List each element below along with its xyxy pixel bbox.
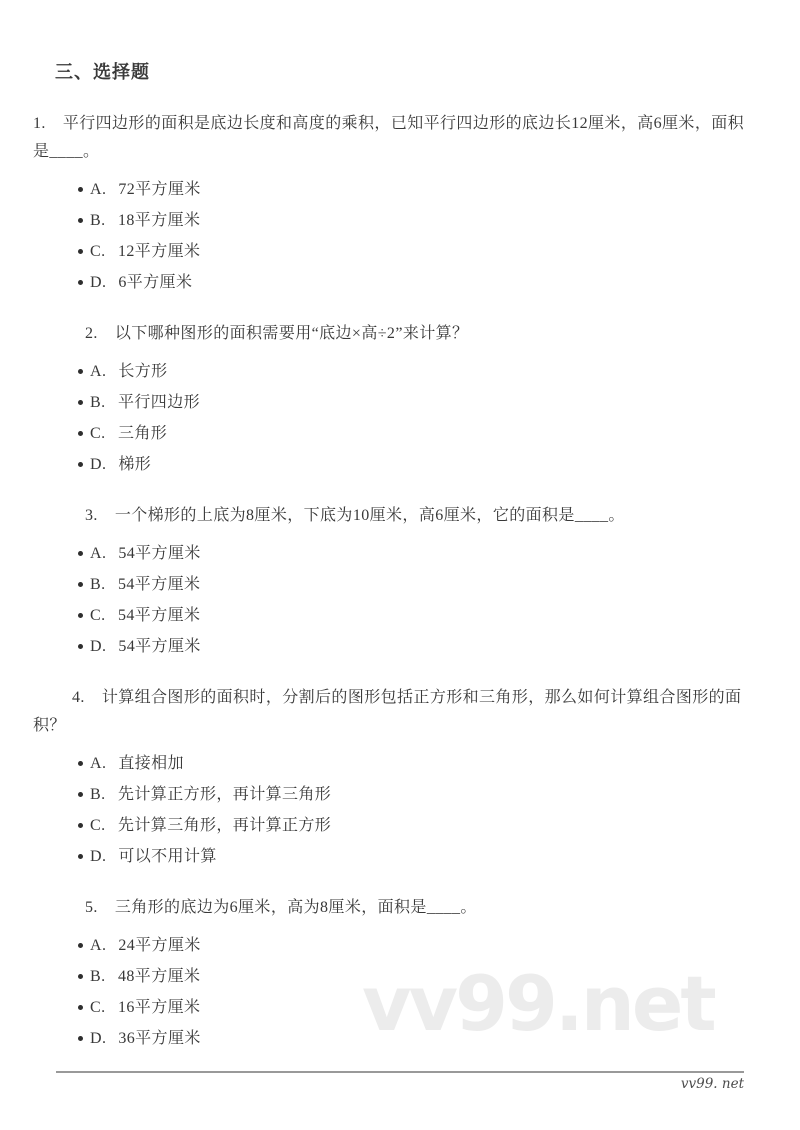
option-item: A.直接相加 [78, 754, 756, 773]
option-item: C.先计算三角形，再计算正方形 [78, 816, 756, 835]
document-page: vv99.net 三、选择题 1.平行四边形的面积是底边长度和高度的乘积，已知平… [0, 0, 800, 1130]
option-item: D.36平方厘米 [78, 1029, 756, 1048]
question-text: 2.以下哪种图形的面积需要用“底边×高÷2”来计算？ [33, 320, 756, 348]
question-body: 平行四边形的面积是底边长度和高度的乘积，已知平行四边形的底边长12厘米，高6厘米… [33, 115, 744, 160]
document-content: 三、选择题 1.平行四边形的面积是底边长度和高度的乘积，已知平行四边形的底边长1… [0, 0, 800, 1048]
option-item: C.三角形 [78, 424, 756, 443]
bullet-icon [78, 551, 83, 556]
bullet-icon [78, 1036, 83, 1041]
option-label: A. [90, 544, 106, 563]
bullet-icon [78, 854, 83, 859]
bullet-icon [78, 974, 83, 979]
bullet-icon [78, 943, 83, 948]
option-item: B.18平方厘米 [78, 211, 756, 230]
option-item: B.48平方厘米 [78, 967, 756, 986]
options-list: A.54平方厘米 B.54平方厘米 C.54平方厘米 D.54平方厘米 [33, 544, 756, 656]
option-label: B. [90, 967, 106, 986]
option-text: 可以不用计算 [118, 847, 216, 866]
option-item: C.16平方厘米 [78, 998, 756, 1017]
option-label: B. [90, 211, 106, 230]
question-number: 1. [33, 115, 46, 132]
bullet-icon [78, 431, 83, 436]
option-text: 54平方厘米 [118, 544, 200, 563]
option-text: 先计算三角形，再计算正方形 [118, 816, 331, 835]
question-body: 三角形的底边为6厘米，高为8厘米，面积是____。 [115, 899, 477, 916]
bullet-icon [78, 369, 83, 374]
bullet-icon [78, 218, 83, 223]
question-body: 一个梯形的上底为8厘米，下底为10厘米，高6厘米，它的面积是____。 [115, 507, 625, 524]
option-item: D.54平方厘米 [78, 637, 756, 656]
option-item: C.12平方厘米 [78, 242, 756, 261]
option-text: 24平方厘米 [118, 936, 200, 955]
option-item: D.可以不用计算 [78, 847, 756, 866]
option-text: 48平方厘米 [118, 967, 200, 986]
option-label: C. [90, 998, 106, 1017]
option-text: 18平方厘米 [118, 211, 200, 230]
question-4: 4.计算组合图形的面积时，分割后的图形包括正方形和三角形，那么如何计算组合图形的… [33, 684, 756, 866]
section-title: 三、选择题 [55, 58, 756, 84]
option-label: D. [90, 847, 106, 866]
option-text: 梯形 [118, 455, 151, 474]
option-text: 平行四边形 [118, 393, 200, 412]
question-text: 1.平行四边形的面积是底边长度和高度的乘积，已知平行四边形的底边长12厘米，高6… [33, 110, 756, 166]
option-item: B.先计算正方形，再计算三角形 [78, 785, 756, 804]
option-label: B. [90, 575, 106, 594]
question-2: 2.以下哪种图形的面积需要用“底边×高÷2”来计算？ A.长方形 B.平行四边形… [33, 320, 756, 474]
option-text: 54平方厘米 [118, 606, 200, 625]
question-number: 3. [85, 507, 98, 524]
options-list: A.72平方厘米 B.18平方厘米 C.12平方厘米 D.6平方厘米 [33, 180, 756, 292]
bullet-icon [78, 400, 83, 405]
question-text: 4.计算组合图形的面积时，分割后的图形包括正方形和三角形，那么如何计算组合图形的… [33, 684, 756, 740]
option-label: B. [90, 785, 106, 804]
question-body: 以下哪种图形的面积需要用“底边×高÷2”来计算？ [115, 325, 469, 342]
option-label: C. [90, 606, 106, 625]
option-item: A.24平方厘米 [78, 936, 756, 955]
option-item: B.54平方厘米 [78, 575, 756, 594]
option-item: A.长方形 [78, 362, 756, 381]
option-text: 16平方厘米 [118, 998, 200, 1017]
question-number: 4. [72, 689, 85, 706]
question-text: 3.一个梯形的上底为8厘米，下底为10厘米，高6厘米，它的面积是____。 [33, 502, 756, 530]
option-label: C. [90, 816, 106, 835]
options-list: A.长方形 B.平行四边形 C.三角形 D.梯形 [33, 362, 756, 474]
options-list: A.24平方厘米 B.48平方厘米 C.16平方厘米 D.36平方厘米 [33, 936, 756, 1048]
option-label: B. [90, 393, 106, 412]
question-5: 5.三角形的底边为6厘米，高为8厘米，面积是____。 A.24平方厘米 B.4… [33, 894, 756, 1048]
option-label: D. [90, 637, 106, 656]
bullet-icon [78, 1005, 83, 1010]
option-item: A.54平方厘米 [78, 544, 756, 563]
bullet-icon [78, 187, 83, 192]
option-text: 6平方厘米 [118, 273, 192, 292]
question-body: 计算组合图形的面积时，分割后的图形包括正方形和三角形，那么如何计算组合图形的面积… [33, 689, 741, 734]
question-number: 5. [85, 899, 98, 916]
question-text: 5.三角形的底边为6厘米，高为8厘米，面积是____。 [33, 894, 756, 922]
option-text: 54平方厘米 [118, 637, 200, 656]
option-label: C. [90, 242, 106, 261]
option-label: A. [90, 362, 106, 381]
option-text: 长方形 [118, 362, 167, 381]
option-text: 直接相加 [118, 754, 184, 773]
option-label: D. [90, 273, 106, 292]
option-label: D. [90, 455, 106, 474]
question-1: 1.平行四边形的面积是底边长度和高度的乘积，已知平行四边形的底边长12厘米，高6… [33, 110, 756, 292]
question-3: 3.一个梯形的上底为8厘米，下底为10厘米，高6厘米，它的面积是____。 A.… [33, 502, 756, 656]
option-item: D.梯形 [78, 455, 756, 474]
option-label: D. [90, 1029, 106, 1048]
option-label: A. [90, 754, 106, 773]
footer-site-label: vv99. net [56, 1076, 744, 1092]
option-label: A. [90, 936, 106, 955]
option-text: 54平方厘米 [118, 575, 200, 594]
bullet-icon [78, 280, 83, 285]
option-text: 12平方厘米 [118, 242, 200, 261]
footer-divider [56, 1071, 744, 1073]
option-item: C.54平方厘米 [78, 606, 756, 625]
bullet-icon [78, 792, 83, 797]
question-number: 2. [85, 325, 98, 342]
options-list: A.直接相加 B.先计算正方形，再计算三角形 C.先计算三角形，再计算正方形 D… [33, 754, 756, 866]
bullet-icon [78, 823, 83, 828]
bullet-icon [78, 462, 83, 467]
page-footer: vv99. net [56, 1071, 744, 1092]
option-text: 三角形 [118, 424, 167, 443]
bullet-icon [78, 582, 83, 587]
option-item: D.6平方厘米 [78, 273, 756, 292]
option-text: 72平方厘米 [118, 180, 200, 199]
option-item: B.平行四边形 [78, 393, 756, 412]
option-label: C. [90, 424, 106, 443]
option-label: A. [90, 180, 106, 199]
option-text: 先计算正方形，再计算三角形 [118, 785, 331, 804]
bullet-icon [78, 644, 83, 649]
bullet-icon [78, 761, 83, 766]
option-text: 36平方厘米 [118, 1029, 200, 1048]
option-item: A.72平方厘米 [78, 180, 756, 199]
bullet-icon [78, 249, 83, 254]
bullet-icon [78, 613, 83, 618]
